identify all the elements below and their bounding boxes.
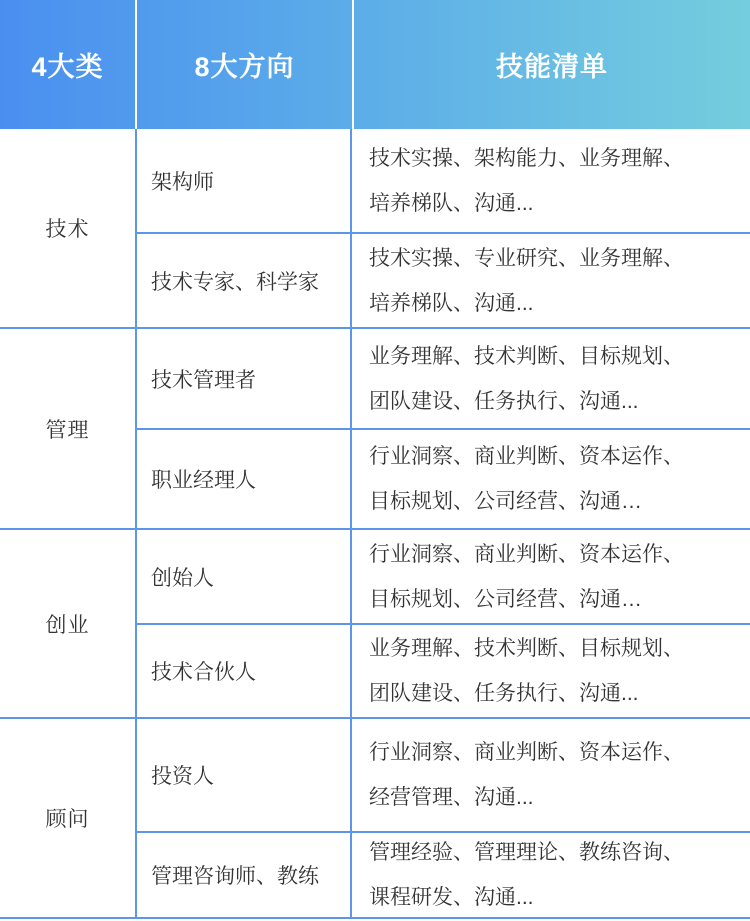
- skills-line: 行业洞察、商业判断、资本运作、: [369, 730, 750, 775]
- header-cell-skills: 技能清单: [352, 0, 750, 129]
- direction-cell: 管理咨询师、教练: [135, 831, 352, 917]
- skills-line: 团队建设、任务执行、沟通...: [369, 671, 750, 716]
- skills-line: 经营管理、沟通...: [369, 775, 750, 820]
- direction-cell: 职业经理人: [135, 428, 352, 528]
- skills-line: 技术实操、架构能力、业务理解、: [369, 136, 750, 181]
- category-cell: 创业: [0, 530, 135, 717]
- skills-cell: 业务理解、技术判断、目标规划、 团队建设、任务执行、沟通...: [352, 623, 750, 717]
- skills-cell: 行业洞察、商业判断、资本运作、 目标规划、公司经营、沟通…: [352, 428, 750, 528]
- skills-line: 行业洞察、商业判断、资本运作、: [369, 532, 750, 577]
- header-cell-directions: 8大方向: [135, 0, 352, 129]
- skills-line: 培养梯队、沟通...: [369, 281, 750, 326]
- direction-cell: 技术专家、科学家: [135, 232, 352, 327]
- direction-cell: 技术管理者: [135, 329, 352, 428]
- skills-line: 课程研发、沟通...: [369, 875, 750, 920]
- skills-line: 业务理解、技术判断、目标规划、: [369, 334, 750, 379]
- direction-cell: 创始人: [135, 530, 352, 623]
- skills-line: 目标规划、公司经营、沟通…: [369, 479, 750, 524]
- skills-cell: 管理经验、管理理论、教练咨询、 课程研发、沟通...: [352, 831, 750, 917]
- category-cell: 顾问: [0, 719, 135, 917]
- table-header-row: 4大类 8大方向 技能清单: [0, 0, 750, 129]
- skills-line: 团队建设、任务执行、沟通...: [369, 379, 750, 424]
- direction-cell: 技术合伙人: [135, 623, 352, 717]
- career-skills-table: 4大类 8大方向 技能清单 技术 架构师 技术实操、架构能力、业务理解、 培养梯…: [0, 0, 750, 921]
- skills-line: 技术实操、专业研究、业务理解、: [369, 236, 750, 281]
- skills-cell: 技术实操、架构能力、业务理解、 培养梯队、沟通...: [352, 129, 750, 232]
- skills-cell: 业务理解、技术判断、目标规划、 团队建设、任务执行、沟通...: [352, 329, 750, 428]
- direction-cell: 投资人: [135, 719, 352, 831]
- section-tech: 技术 架构师 技术实操、架构能力、业务理解、 培养梯队、沟通... 技术专家、科…: [0, 129, 750, 327]
- skills-cell: 技术实操、专业研究、业务理解、 培养梯队、沟通...: [352, 232, 750, 327]
- skills-line: 目标规划、公司经营、沟通…: [369, 577, 750, 622]
- section-startup: 创业 创始人 行业洞察、商业判断、资本运作、 目标规划、公司经营、沟通… 技术合…: [0, 528, 750, 717]
- header-cell-categories: 4大类: [0, 0, 135, 129]
- category-cell: 技术: [0, 129, 135, 327]
- skills-line: 培养梯队、沟通...: [369, 181, 750, 226]
- section-management: 管理 技术管理者 业务理解、技术判断、目标规划、 团队建设、任务执行、沟通...…: [0, 327, 750, 528]
- skills-line: 业务理解、技术判断、目标规划、: [369, 626, 750, 671]
- skills-cell: 行业洞察、商业判断、资本运作、 目标规划、公司经营、沟通…: [352, 530, 750, 623]
- category-cell: 管理: [0, 329, 135, 528]
- skills-line: 行业洞察、商业判断、资本运作、: [369, 434, 750, 479]
- section-advisor: 顾问 投资人 行业洞察、商业判断、资本运作、 经营管理、沟通... 管理咨询师、…: [0, 717, 750, 917]
- skills-cell: 行业洞察、商业判断、资本运作、 经营管理、沟通...: [352, 719, 750, 831]
- direction-cell: 架构师: [135, 129, 352, 232]
- skills-line: 管理经验、管理理论、教练咨询、: [369, 830, 750, 875]
